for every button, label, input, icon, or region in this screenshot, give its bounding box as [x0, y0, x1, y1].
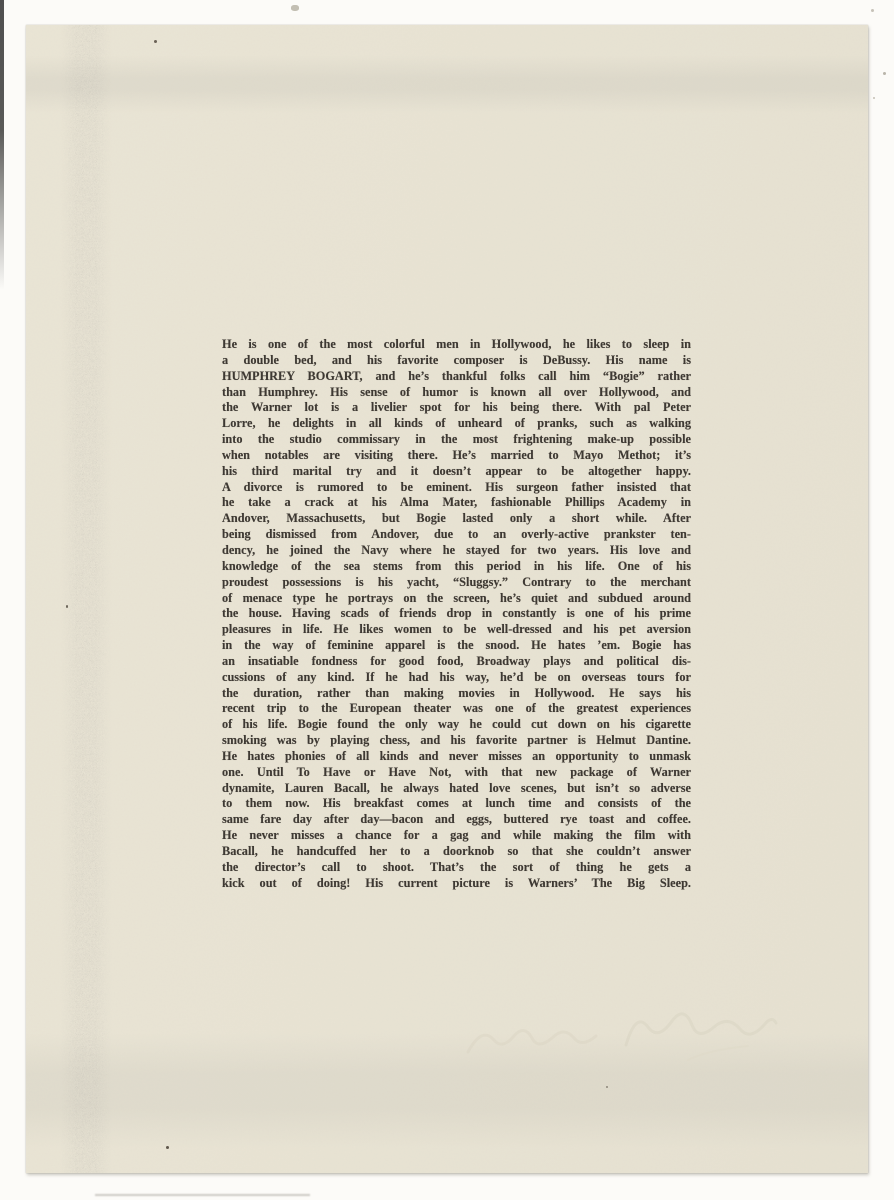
text-line: the Warner lot is a livelier spot for hi… [222, 400, 691, 416]
paper-grain-band [60, 25, 112, 1173]
text-line: He hates phonies of all kinds and never … [222, 749, 691, 765]
text-line: an insatiable fondness for good food, Br… [222, 654, 691, 670]
text-line: his third marital try and it doesn’t app… [222, 464, 691, 480]
text-line: A divorce is rumored to be eminent. His … [222, 480, 691, 496]
text-line: pleasures in life. He likes women to be … [222, 622, 691, 638]
text-line: proudest possessions is his yacht, “Slug… [222, 575, 691, 591]
text-line: he take a crack at his Alma Mater, fashi… [222, 495, 691, 511]
text-line: same fare day after day—bacon and eggs, … [222, 812, 691, 828]
text-line: the director’s call to shoot. That’s the… [222, 860, 691, 876]
text-line: in the way of feminine apparel is the sn… [222, 638, 691, 654]
text-line: a double bed, and his favorite composer … [222, 353, 691, 369]
body-text: He is one of the most colorful men in Ho… [222, 337, 691, 892]
text-line: to them now. His breakfast comes at lunc… [222, 796, 691, 812]
text-line: into the studio commissary in the most f… [222, 432, 691, 448]
text-line: knowledge of the sea stems from this per… [222, 559, 691, 575]
text-line: Andover, Massachusetts, but Bogie lasted… [222, 511, 691, 527]
dust-speck [606, 1086, 608, 1088]
dust-speck [871, 9, 874, 12]
dust-speck [166, 1146, 169, 1149]
text-line: HUMPHREY BOGART, and he’s thankful folks… [222, 369, 691, 385]
scan-shading-band [26, 1033, 868, 1148]
text-line: He never misses a chance for a gag and w… [222, 828, 691, 844]
text-line: being dismissed from Andover, due to an … [222, 527, 691, 543]
dust-speck [873, 97, 875, 99]
text-line: Lorre, he delights in all kinds of unhea… [222, 416, 691, 432]
text-line: dency, he joined the Navy where he staye… [222, 543, 691, 559]
scan-shading-band [26, 55, 868, 113]
dust-speck [154, 40, 157, 43]
dust-speck [883, 72, 886, 75]
text-line: the house. Having scads of friends drop … [222, 606, 691, 622]
text-line: kick out of doing! His current picture i… [222, 876, 691, 892]
text-line: dynamite, Lauren Bacall, he always hated… [222, 781, 691, 797]
scanner-shadow-line [95, 1194, 310, 1196]
text-line: the duration, rather than making movies … [222, 686, 691, 702]
dust-speck [291, 5, 299, 11]
text-line: smoking was by playing chess, and his fa… [222, 733, 691, 749]
text-line: Bacall, he handcuffed her to a doorknob … [222, 844, 691, 860]
scanner-edge-artifact [0, 0, 4, 290]
document-page: He is one of the most colorful men in Ho… [26, 25, 868, 1173]
text-line: cussions of any kind. If he had his way,… [222, 670, 691, 686]
text-line: of his life. Bogie found the only way he… [222, 717, 691, 733]
text-line: one. Until To Have or Have Not, with tha… [222, 765, 691, 781]
text-line: recent trip to the European theater was … [222, 701, 691, 717]
text-line: of menace type he portrays on the screen… [222, 591, 691, 607]
dust-speck [66, 605, 68, 608]
text-line: He is one of the most colorful men in Ho… [222, 337, 691, 353]
scanner-background: He is one of the most colorful men in Ho… [0, 0, 894, 1200]
text-line: than Humphrey. His sense of humor is kno… [222, 385, 691, 401]
text-line: when notables are visiting there. He’s m… [222, 448, 691, 464]
